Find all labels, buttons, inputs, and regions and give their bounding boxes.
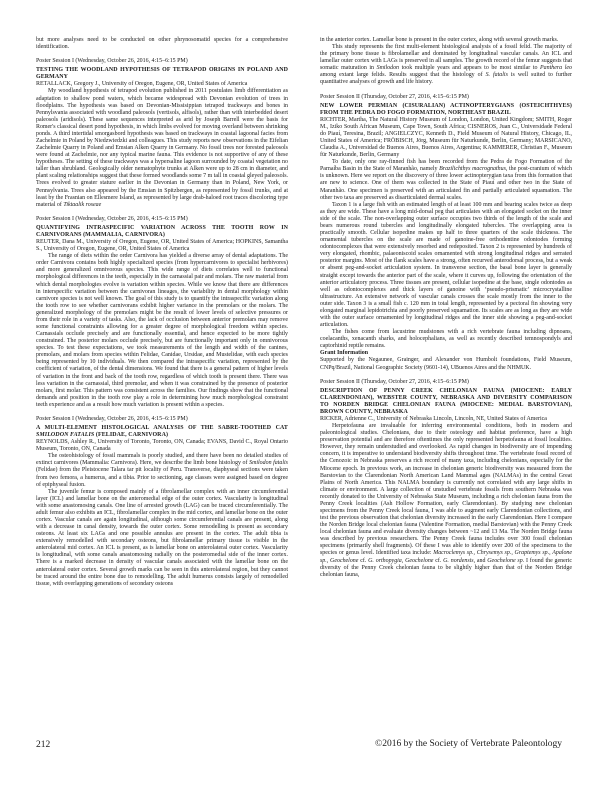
- abstract-authors: RICHTER, Martha, The Natural History Mus…: [320, 117, 572, 159]
- session-label: Poster Session II (Thursday, October 27,…: [320, 94, 572, 101]
- abstract-smilodon: Poster Session I (Wednesday, October 26,…: [36, 416, 288, 588]
- abstract-body: Taxon 1 is a large fish with an estimate…: [320, 202, 572, 329]
- abstract-chelonian: Poster Session II (Thursday, October 27,…: [320, 379, 572, 579]
- session-label: Poster Session I (Wednesday, October 26,…: [36, 58, 288, 65]
- abstract-body: The fishes come from lacustrine mudstone…: [320, 329, 572, 350]
- abstract-title: QUANTIFYING INTRASPECIFIC VARIATION ACRO…: [36, 225, 288, 239]
- session-label: Poster Session I (Wednesday, October 26,…: [36, 416, 288, 423]
- grant-text: Supported by the Negaunee, Grainger, and…: [320, 357, 572, 371]
- continuation-text: This study represents the first multi-el…: [320, 44, 572, 86]
- abstract-authors: RICKER, Adrienne C., University of Nebra…: [320, 416, 572, 423]
- session-label: Poster Session I (Wednesday, October 26,…: [36, 216, 288, 223]
- page-number: 212: [36, 740, 50, 750]
- abstract-title: A MULTI-ELEMENT HISTOLOGICAL ANALYSIS OF…: [36, 425, 288, 439]
- continuation-text: but more analyses need to be conducted o…: [36, 37, 288, 51]
- abstract-body: Herpetofauna are invaluable for inferrin…: [320, 423, 572, 579]
- abstract-carnivoran-teeth: Poster Session I (Wednesday, October 26,…: [36, 216, 288, 409]
- copyright-notice: ©2016 by the Society of Vertebrate Paleo…: [375, 739, 562, 749]
- left-column: but more analyses need to be conducted o…: [36, 37, 288, 588]
- abstract-body: The juvenile femur is composed mainly of…: [36, 489, 288, 588]
- abstract-body: My woodland hypothesis of tetrapod evolu…: [36, 88, 288, 208]
- session-label: Poster Session II (Thursday, October 27,…: [320, 379, 572, 386]
- abstract-body: The range of diets within the order Carn…: [36, 253, 288, 409]
- abstract-body: The osteohistology of fossil mammals is …: [36, 453, 288, 488]
- abstract-authors: REUTER, Dana M., University of Oregon, E…: [36, 239, 288, 253]
- abstract-woodland: Poster Session I (Wednesday, October 26,…: [36, 58, 288, 209]
- abstract-title: NEW LOWER PERMIAN (CISURALIAN) ACTINOPTE…: [320, 103, 572, 117]
- abstract-authors: REYNOLDS, Ashley R., University of Toron…: [36, 439, 288, 453]
- abstract-permian-fish: Poster Session II (Thursday, October 27,…: [320, 94, 572, 372]
- abstract-title: DESCRIPTION OF PENNY CREEK CHELONIAN FAU…: [320, 388, 572, 416]
- abstract-body: To date, only one ray-finned fish has be…: [320, 159, 572, 201]
- abstract-title: TESTING THE WOODLAND HYPOTHESIS OF TETRA…: [36, 67, 288, 81]
- right-column: in the anterior cortex. Lamellar bone is…: [320, 37, 572, 579]
